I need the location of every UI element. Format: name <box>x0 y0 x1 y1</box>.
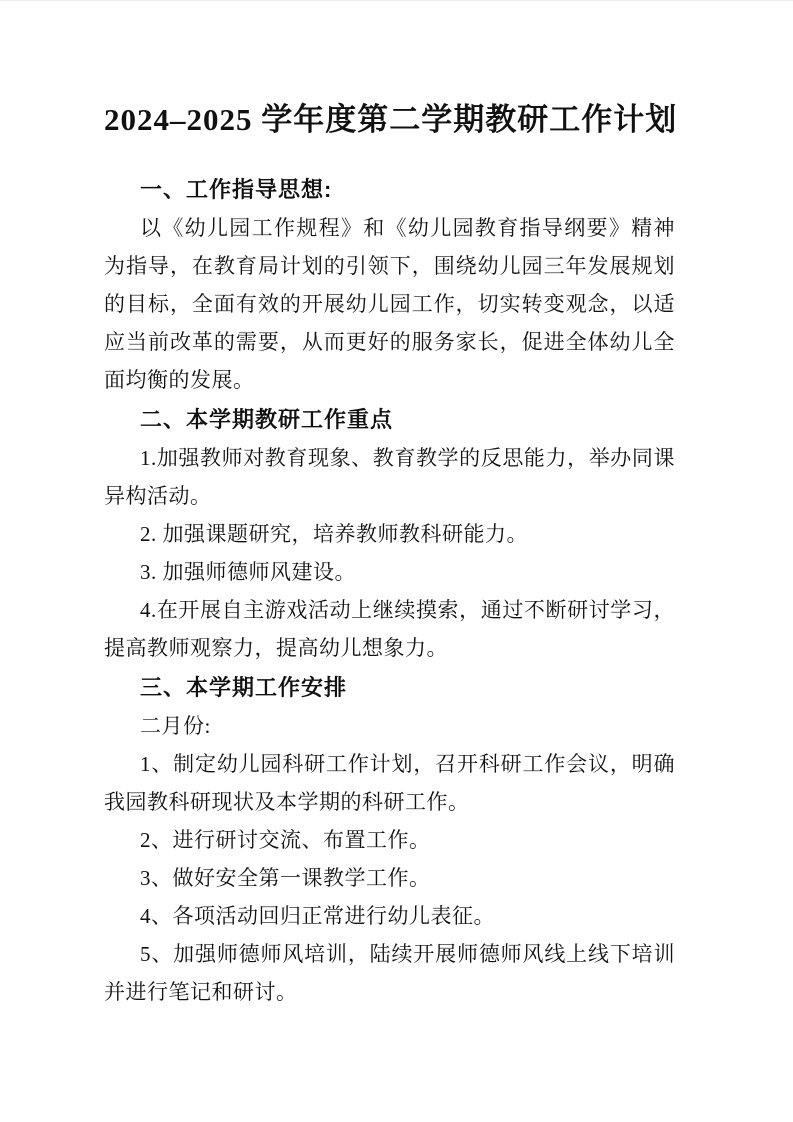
paragraph: 二月份: <box>104 707 675 745</box>
paragraph: 1、制定幼儿园科研工作计划，召开科研工作会议，明确我园教科研现状及本学期的科研工… <box>104 745 675 821</box>
paragraph: 3. 加强师德师风建设。 <box>104 553 675 591</box>
paragraph: 5、加强师德师风培训，陆续开展师德师风线上线下培训并进行笔记和研讨。 <box>104 935 675 1011</box>
paragraph: 4、各项活动回归正常进行幼儿表征。 <box>104 897 675 935</box>
paragraph: 4.在开展自主游戏活动上继续摸索，通过不断研讨学习，提高教师观察力，提高幼儿想象… <box>104 591 675 667</box>
section-heading-3: 三、本学期工作安排 <box>104 669 675 707</box>
section-heading-2: 二、本学期教研工作重点 <box>104 401 675 439</box>
document-title: 2024–2025 学年度第二学期教研工作计划 <box>104 97 675 143</box>
paragraph: 1.加强教师对教育现象、教育教学的反思能力，举办同课异构活动。 <box>104 439 675 515</box>
paragraph: 2、进行研讨交流、布置工作。 <box>104 821 675 859</box>
section-guiding-ideology: 一、工作指导思想: 以《幼儿园工作规程》和《幼儿园教育指导纲要》精神为指导，在教… <box>104 171 675 399</box>
section-heading-1: 一、工作指导思想: <box>104 171 675 209</box>
paragraph: 以《幼儿园工作规程》和《幼儿园教育指导纲要》精神为指导，在教育局计划的引领下，围… <box>104 209 675 399</box>
section-body-1: 以《幼儿园工作规程》和《幼儿园教育指导纲要》精神为指导，在教育局计划的引领下，围… <box>104 209 675 399</box>
section-body-2: 1.加强教师对教育现象、教育教学的反思能力，举办同课异构活动。2. 加强课题研究… <box>104 439 675 667</box>
document-page: 2024–2025 学年度第二学期教研工作计划 一、工作指导思想: 以《幼儿园工… <box>0 0 793 1122</box>
paragraph: 2. 加强课题研究，培养教师教科研能力。 <box>104 515 675 553</box>
section-work-schedule: 三、本学期工作安排 二月份:1、制定幼儿园科研工作计划，召开科研工作会议，明确我… <box>104 669 675 1011</box>
section-research-focus: 二、本学期教研工作重点 1.加强教师对教育现象、教育教学的反思能力，举办同课异构… <box>104 401 675 667</box>
section-body-3: 二月份:1、制定幼儿园科研工作计划，召开科研工作会议，明确我园教科研现状及本学期… <box>104 707 675 1011</box>
paragraph: 3、做好安全第一课教学工作。 <box>104 859 675 897</box>
